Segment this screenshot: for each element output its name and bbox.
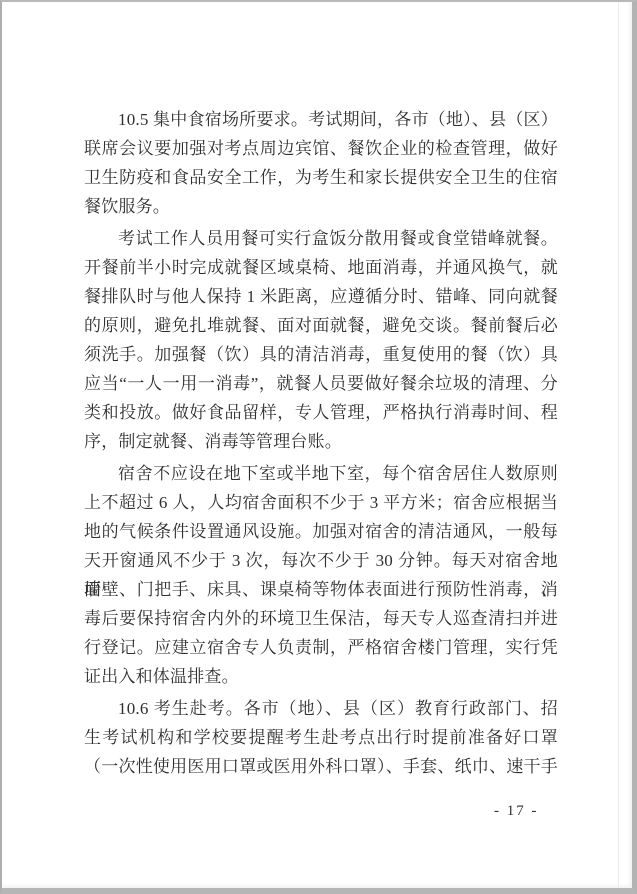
para-staff-dining: 考试工作人员用餐可实行盒饭分散用餐或食堂错峰就餐。开餐前半小时完成就餐区域桌椅、… <box>84 224 558 456</box>
text-line: 须洗手。加强餐（饮）具的清洁消毒，重复使用的餐（饮）具 <box>84 340 558 369</box>
text-line: 考试工作人员用餐可实行盒饭分散用餐或食堂错峰就餐。 <box>84 224 558 253</box>
text-line: 墙壁、门把手、床具、课桌椅等物体表面进行预防性消毒，消 <box>84 575 558 604</box>
text-line: 应当“一人一用一消毒”，就餐人员要做好餐余垃圾的清理、分 <box>84 369 558 398</box>
document-page: 10.5 集中食宿场所要求。考试期间，各市（地）、县（区）联席会议要加强对考点周… <box>0 0 637 894</box>
text-line: 卫生防疫和食品安全工作，为考生和家长提供安全卫生的住宿 <box>84 163 558 192</box>
text-line: 10.5 集中食宿场所要求。考试期间，各市（地）、县（区） <box>84 105 558 134</box>
text-line: 餐排队时与他人保持 1 米距离，应遵循分时、错峰、同向就餐 <box>84 282 558 311</box>
text-line: 毒后要保持宿舍内外的环境卫生保洁，每天专人巡查清扫并进 <box>84 604 558 633</box>
text-line: 联席会议要加强对考点周边宾馆、餐饮企业的检查管理，做好 <box>84 134 558 163</box>
para-10-5: 10.5 集中食宿场所要求。考试期间，各市（地）、县（区）联席会议要加强对考点周… <box>84 105 558 221</box>
text-line: 行登记。应建立宿舍专人负责制，严格宿舍楼门管理，实行凭 <box>84 633 558 662</box>
scan-edge-artifact <box>618 2 619 888</box>
text-line: 证出入和体温排查。 <box>84 662 558 691</box>
para-dormitory: 宿舍不应设在地下室或半地下室，每个宿舍居住人数原则上不超过 6 人，人均宿舍面积… <box>84 459 558 691</box>
text-line: 宿舍不应设在地下室或半地下室，每个宿舍居住人数原则 <box>84 459 558 488</box>
text-line: 生考试机构和学校要提醒考生赴考点出行时提前准备好口罩 <box>84 723 558 752</box>
para-10-6: 10.6 考生赴考。各市（地）、县（区）教育行政部门、招生考试机构和学校要提醒考… <box>84 694 558 781</box>
text-line: 序，制定就餐、消毒等管理台账。 <box>84 427 558 456</box>
text-line: 的原则，避免扎堆就餐、面对面就餐，避免交谈。餐前餐后必 <box>84 311 558 340</box>
text-line: 开餐前半小时完成就餐区域桌椅、地面消毒，并通风换气，就 <box>84 253 558 282</box>
page-number: - 17 - <box>494 797 558 826</box>
text-line: 类和投放。做好食品留样，专人管理，严格执行消毒时间、程 <box>84 398 558 427</box>
text-line: 天开窗通风不少于 3 次，每次不少于 30 分钟。每天对宿舍地面、 <box>84 546 558 575</box>
text-line: 上不超过 6 人，人均宿舍面积不少于 3 平方米；宿舍应根据当 <box>84 488 558 517</box>
text-line: 地的气候条件设置通风设施。加强对宿舍的清洁通风，一般每 <box>84 517 558 546</box>
text-line: 10.6 考生赴考。各市（地）、县（区）教育行政部门、招 <box>84 694 558 723</box>
text-line: 餐饮服务。 <box>84 192 558 221</box>
text-line: （一次性使用医用口罩或医用外科口罩）、手套、纸巾、速干手 <box>84 752 558 781</box>
document-body: 10.5 集中食宿场所要求。考试期间，各市（地）、县（区）联席会议要加强对考点周… <box>84 105 558 781</box>
